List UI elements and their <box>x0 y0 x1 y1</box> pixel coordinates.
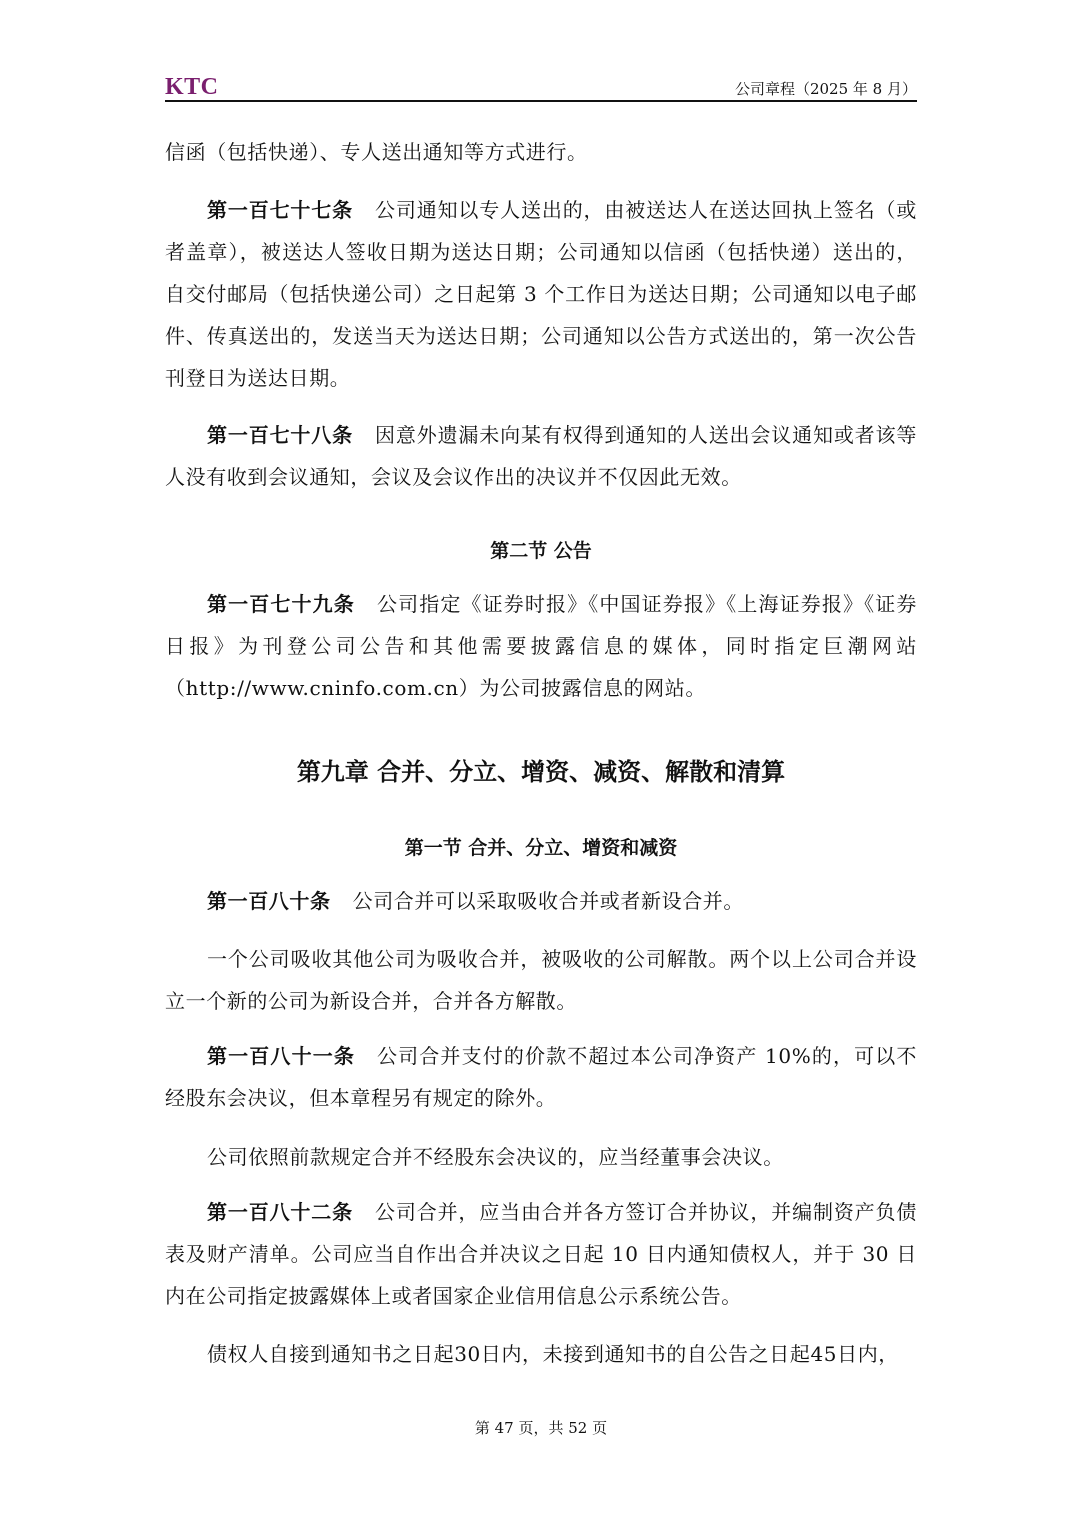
article-label: 第一百七十八条 <box>207 423 353 447</box>
article-178: 第一百七十八条因意外遗漏未向某有权得到通知的人送出会议通知或者该等人没有收到会议… <box>165 414 917 498</box>
document-title: 公司章程（2025 年 8 月） <box>735 78 917 99</box>
article-label: 第一百八十一条 <box>207 1044 355 1068</box>
article-177: 第一百七十七条公司通知以专人送出的，由被送达人在送达回执上签名（或者盖章），被送… <box>165 189 917 399</box>
article-label: 第一百七十七条 <box>207 198 353 222</box>
section-heading: 第二节 公告 <box>165 536 917 563</box>
article-text: 公司通知以专人送出的，由被送达人在送达回执上签名（或者盖章），被送达人签收日期为… <box>165 198 917 390</box>
paragraph: 公司依照前款规定合并不经股东会决议的，应当经董事会决议。 <box>165 1136 917 1178</box>
article-179: 第一百七十九条公司指定《证券时报》《中国证券报》《上海证券报》《证券日报》为刊登… <box>165 583 917 709</box>
article-180: 第一百八十条公司合并可以采取吸收合并或者新设合并。 <box>165 880 917 922</box>
chapter-heading: 第九章 合并、分立、增资、减资、解散和清算 <box>165 752 917 787</box>
article-label: 第一百八十二条 <box>207 1200 353 1224</box>
section-heading: 第一节 合并、分立、增资和减资 <box>165 833 917 860</box>
article-181: 第一百八十一条公司合并支付的价款不超过本公司净资产 10%的，可以不经股东会决议… <box>165 1035 917 1119</box>
article-label: 第一百七十九条 <box>207 592 355 616</box>
paragraph: 债权人自接到通知书之日起30日内，未接到通知书的自公告之日起45日内， <box>165 1333 917 1375</box>
ktc-logo: KTC <box>165 74 219 101</box>
header-divider <box>165 100 917 102</box>
paragraph-continuation: 信函（包括快递）、专人送出通知等方式进行。 <box>165 131 917 173</box>
article-182: 第一百八十二条公司合并，应当由合并各方签订合并协议，并编制资产负债表及财产清单。… <box>165 1191 917 1317</box>
paragraph: 一个公司吸收其他公司为吸收合并，被吸收的公司解散。两个以上公司合并设立一个新的公… <box>165 938 917 1022</box>
article-label: 第一百八十条 <box>207 889 331 913</box>
page-header: KTC 公司章程（2025 年 8 月） <box>165 72 917 100</box>
page-number: 第 47 页，共 52 页 <box>165 1417 917 1438</box>
article-text: 公司合并可以采取吸收合并或者新设合并。 <box>353 889 744 913</box>
